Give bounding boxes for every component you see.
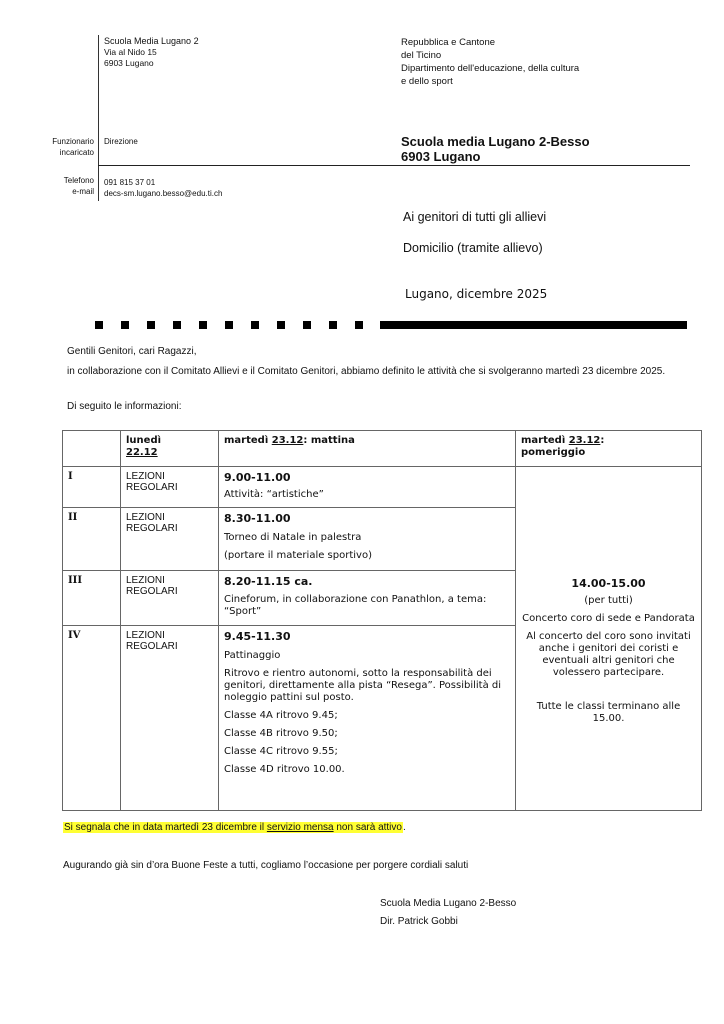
info-lead: Di seguito le informazioni: [67, 401, 697, 413]
recipient-school-block: Scuola media Lugano 2-Besso 6903 Lugano [401, 134, 590, 164]
activity-detail: Classe 4D ritrovo 10.00. [224, 764, 510, 776]
monday-cell: LEZIONI REGOLARI [121, 467, 219, 508]
header-afternoon-suffix: : [600, 435, 604, 446]
divider-square [95, 321, 103, 329]
grade-cell: II [63, 508, 121, 571]
header-monday-day: lunedì [126, 435, 213, 447]
authority-block: Repubblica e Cantone del Ticino Dipartim… [401, 36, 579, 88]
header-tuesday-afternoon: martedì 23.12: pomeriggio [516, 431, 702, 467]
notice-text: Si segnala che in data martedì 23 dicemb… [64, 822, 267, 833]
monday-text: LEZIONI [126, 575, 213, 586]
signature-director: Dir. Patrick Gobbi [380, 916, 458, 927]
contact-values: 091 815 37 01 decs-sm.lugano.besso@edu.t… [104, 177, 222, 199]
header-afternoon-day: martedì [521, 435, 569, 446]
activity-time: 8.30-11.00 [224, 512, 510, 526]
header-morning-date: 23.12 [272, 435, 304, 446]
recipient-line-2: Domicilio (tramite allievo) [403, 241, 543, 255]
afternoon-audience: (per tutti) [521, 595, 696, 607]
header-morning-suffix: : mattina [303, 435, 355, 446]
authority-line: Repubblica e Cantone [401, 36, 579, 49]
activity-detail: Pattinaggio [224, 650, 510, 662]
sender-street: Via al Nido 15 [104, 47, 199, 58]
morning-cell: 8.20-11.15 ca. Cineforum, in collaborazi… [219, 571, 516, 626]
monday-text: REGOLARI [126, 586, 213, 597]
afternoon-end-note: Tutte le classi terminano alle 15.00. [521, 701, 696, 725]
divider-square [121, 321, 129, 329]
table-row: I LEZIONI REGOLARI 9.00-11.00 Attività: … [63, 467, 702, 508]
morning-cell: 9.00-11.00 Attività: “artistiche” [219, 467, 516, 508]
divider-square [147, 321, 155, 329]
official-label-line1: Funzionario [52, 136, 94, 147]
grade-cell: III [63, 571, 121, 626]
phone-label: Telefono [64, 175, 94, 186]
divider-bar [380, 321, 687, 329]
activity-detail: (portare il materiale sportivo) [224, 550, 510, 562]
recipient-school-name: Scuola media Lugano 2-Besso [401, 134, 590, 149]
letterhead-vertical-divider [98, 35, 99, 201]
authority-line: e dello sport [401, 75, 579, 88]
intro-paragraph: in collaborazione con il Comitato Alliev… [67, 366, 697, 378]
header-tuesday-morning: martedì 23.12: mattina [219, 431, 516, 467]
grade-cell: I [63, 467, 121, 508]
activity-time: 9.00-11.00 [224, 471, 510, 485]
header-grade-cell [63, 431, 121, 467]
official-label: Funzionario incaricato [52, 136, 94, 158]
afternoon-event: Concerto coro di sede e Pandorata [521, 613, 696, 625]
letterhead-horizontal-divider [98, 165, 690, 166]
monday-text: LEZIONI [126, 630, 213, 641]
authority-line: del Ticino [401, 49, 579, 62]
activity-detail: Ritrovo e rientro autonomi, sotto la res… [224, 668, 510, 704]
email-value[interactable]: decs-sm.lugano.besso@edu.ti.ch [104, 188, 222, 199]
header-afternoon-date: 23.12 [569, 435, 601, 446]
activity-time: 9.45-11.30 [224, 630, 510, 644]
activity-detail: Classe 4A ritrovo 9.45; [224, 710, 510, 722]
schedule-table: lunedì 22.12 martedì 23.12: mattina mart… [62, 430, 702, 811]
header-monday-date: 22.12 [126, 447, 213, 459]
notice-text: non sarà attivo [334, 822, 402, 833]
sender-school-name: Scuola Media Lugano 2 [104, 36, 199, 47]
monday-text: LEZIONI [126, 471, 213, 482]
divider-square [225, 321, 233, 329]
contact-labels: Telefono e-mail [64, 175, 94, 197]
table-header-row: lunedì 22.12 martedì 23.12: mattina mart… [63, 431, 702, 467]
signature-school: Scuola Media Lugano 2-Besso [380, 898, 516, 909]
sender-city: 6903 Lugano [104, 58, 199, 69]
email-label: e-mail [64, 186, 94, 197]
activity-time: 8.20-11.15 ca. [224, 575, 510, 589]
monday-text: REGOLARI [126, 482, 213, 493]
monday-cell: LEZIONI REGOLARI [121, 626, 219, 811]
monday-text: REGOLARI [126, 523, 213, 534]
activity-detail: Torneo di Natale in palestra [224, 532, 510, 544]
canteen-notice: Si segnala che in data martedì 23 dicemb… [63, 822, 403, 833]
closing-paragraph: Augurando già sin d’ora Buone Feste a tu… [63, 860, 468, 871]
authority-line: Dipartimento dell'educazione, della cult… [401, 62, 579, 75]
morning-cell: 8.30-11.00 Torneo di Natale in palestra … [219, 508, 516, 571]
header-morning-day: martedì [224, 435, 272, 446]
afternoon-invitation: Al concerto del coro sono invitati anche… [521, 631, 696, 679]
activity-detail: Classe 4C ritrovo 9.55; [224, 746, 510, 758]
recipient-school-city: 6903 Lugano [401, 149, 590, 164]
grade-cell: IV [63, 626, 121, 811]
official-label-line2: incaricato [52, 147, 94, 158]
activity-detail: Cineforum, in collaborazione con Panathl… [224, 594, 510, 618]
header-monday: lunedì 22.12 [121, 431, 219, 467]
letter-date: Lugano, dicembre 2025 [405, 287, 547, 301]
notice-underlined-text: servizio mensa [267, 822, 334, 833]
monday-text: REGOLARI [126, 641, 213, 652]
activity-detail: Attività: “artistiche” [224, 489, 510, 501]
divider-square [173, 321, 181, 329]
official-value: Direzione [104, 136, 138, 147]
afternoon-time: 14.00-15.00 [521, 577, 696, 591]
recipient-line-1: Ai genitori di tutti gli allievi [403, 210, 546, 224]
phone-value: 091 815 37 01 [104, 177, 222, 188]
divider-square [199, 321, 207, 329]
activity-detail: Classe 4B ritrovo 9.50; [224, 728, 510, 740]
afternoon-cell: 14.00-15.00 (per tutti) Concerto coro di… [516, 467, 702, 811]
notice-period: . [403, 822, 406, 833]
sender-address: Scuola Media Lugano 2 Via al Nido 15 690… [104, 36, 199, 69]
header-afternoon-label: pomeriggio [521, 447, 696, 459]
divider-square [303, 321, 311, 329]
divider-square [355, 321, 363, 329]
divider-square [277, 321, 285, 329]
morning-cell: 9.45-11.30 Pattinaggio Ritrovo e rientro… [219, 626, 516, 811]
divider-square [251, 321, 259, 329]
monday-text: LEZIONI [126, 512, 213, 523]
greeting: Gentili Genitori, cari Ragazzi, [67, 346, 697, 358]
monday-cell: LEZIONI REGOLARI [121, 571, 219, 626]
divider-square [329, 321, 337, 329]
monday-cell: LEZIONI REGOLARI [121, 508, 219, 571]
